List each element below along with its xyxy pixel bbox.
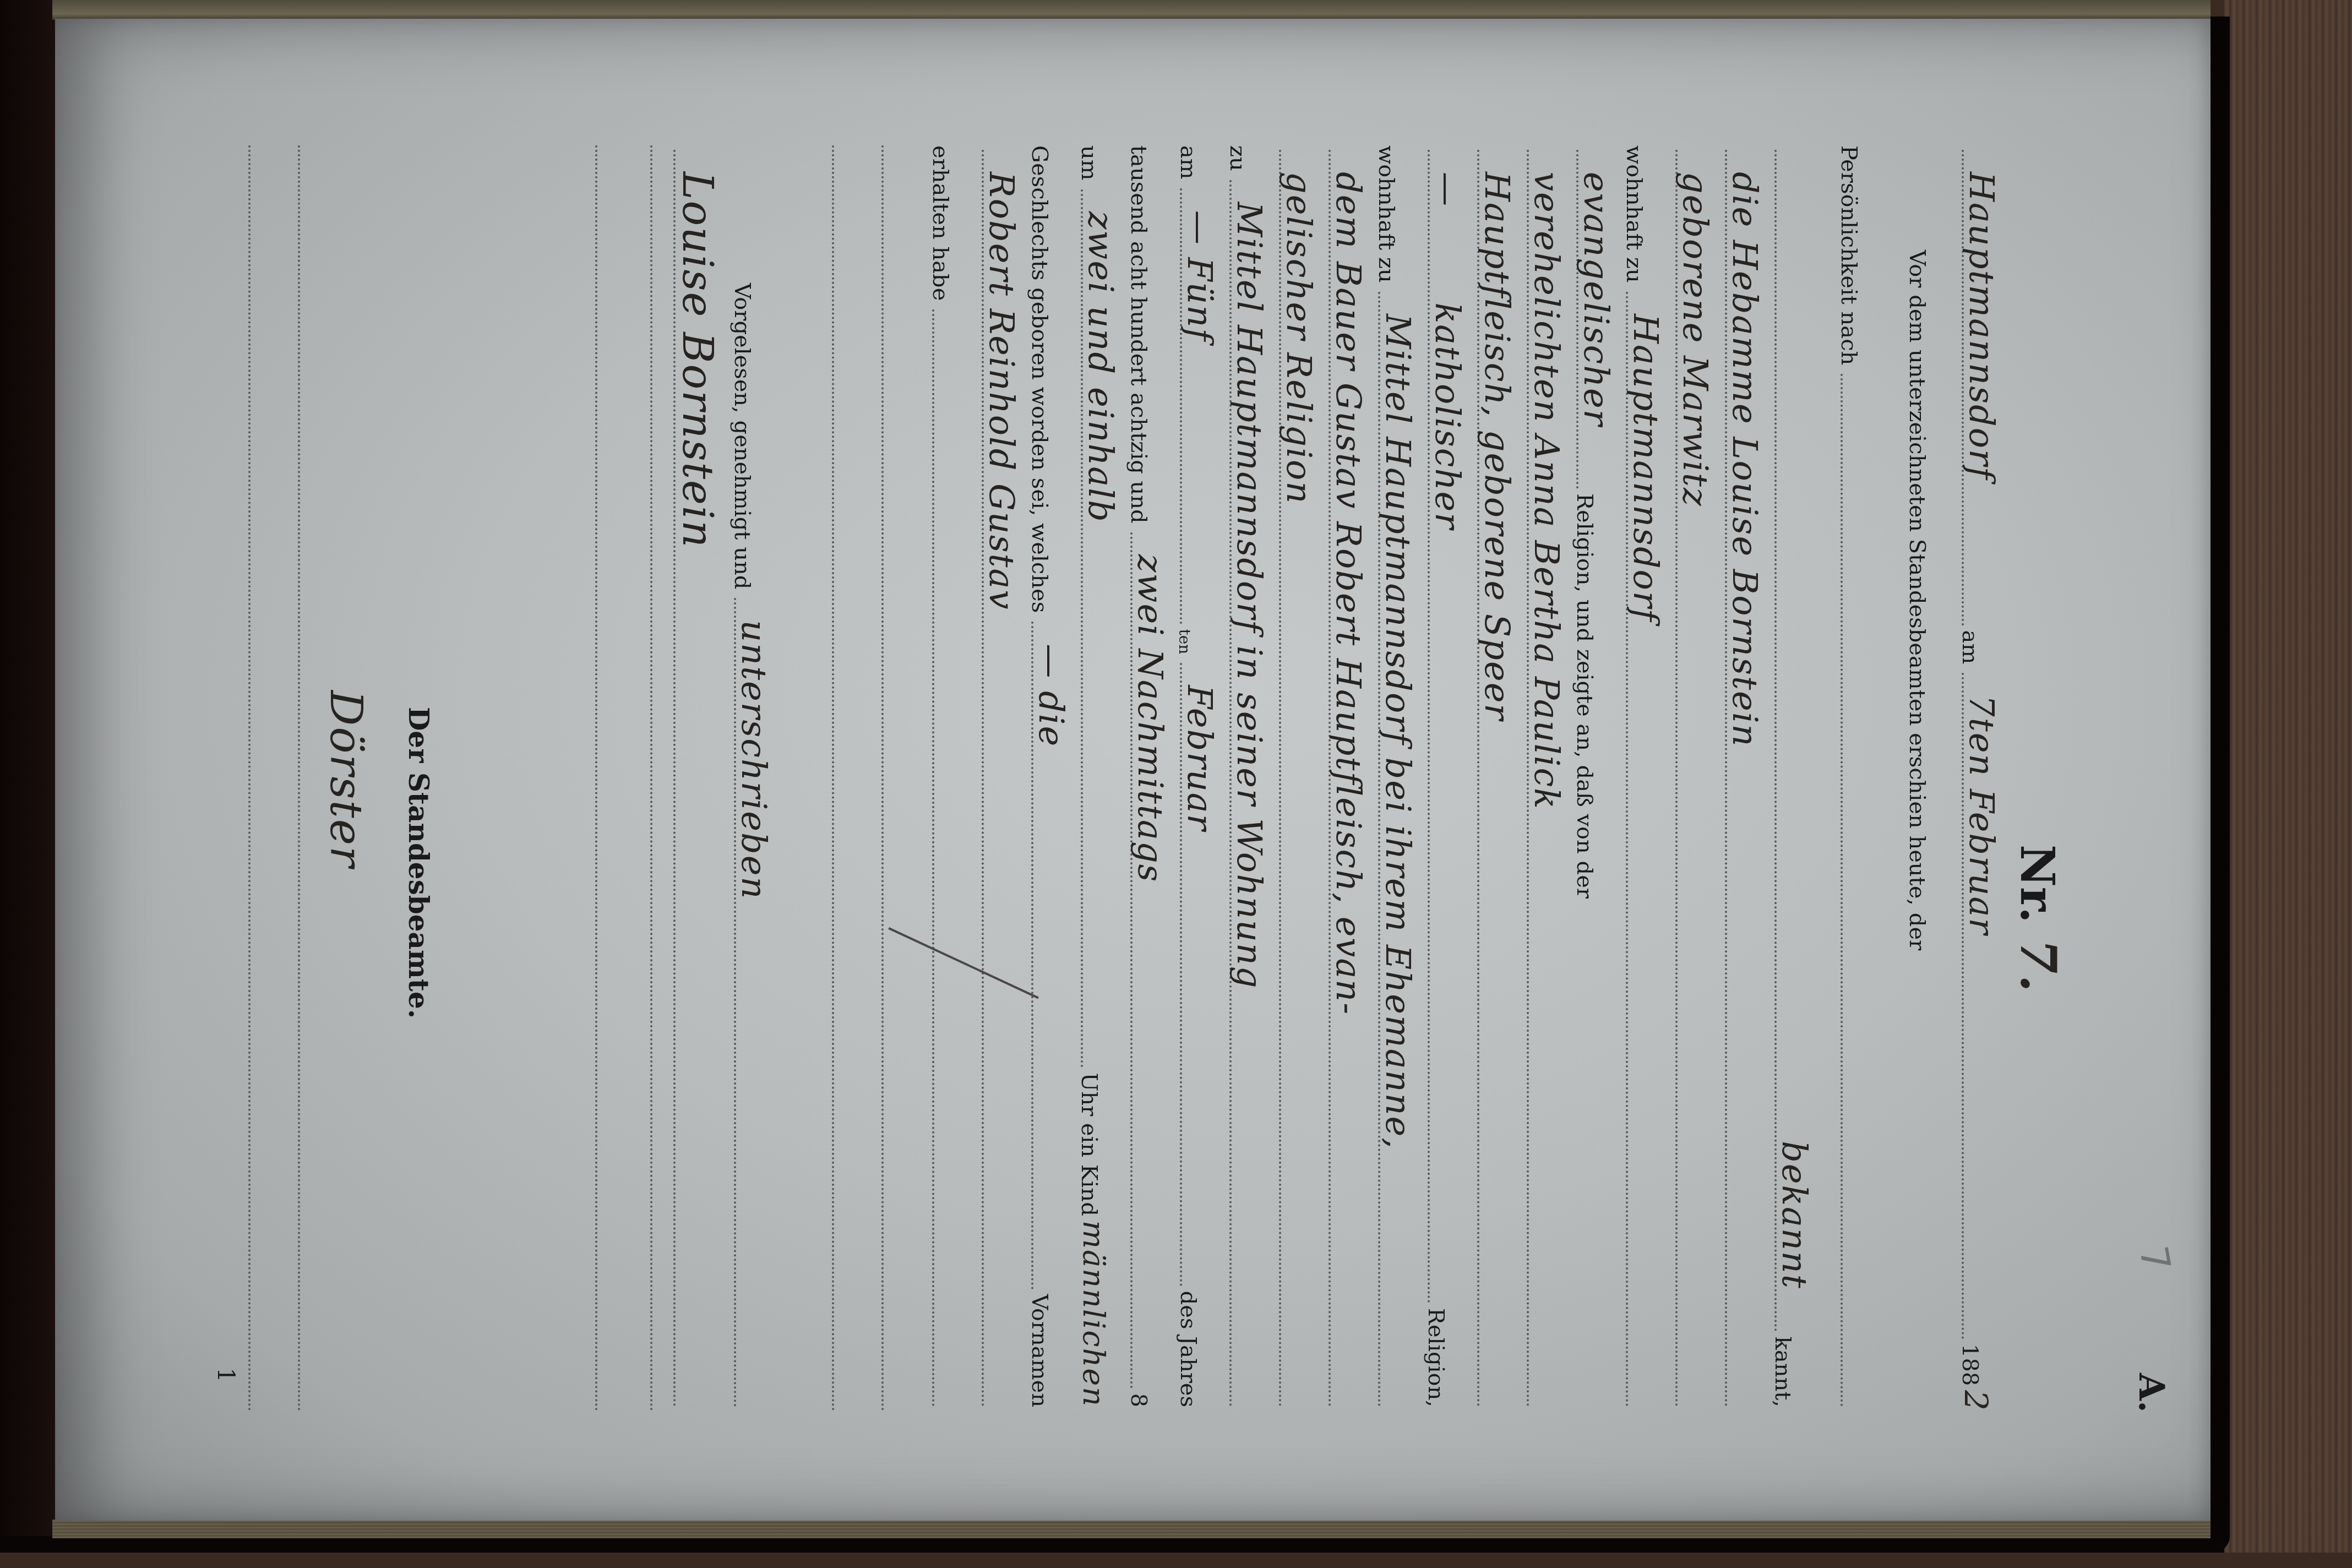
identity-field: [1841, 374, 1876, 1407]
year-suffix: 2: [1957, 1390, 1995, 1412]
mother-line-1: verehelichten Anna Bertha Paulick: [1522, 145, 1566, 1412]
received-label: erhalten habe: [928, 145, 953, 305]
birthdate-day-field: — Fünf: [1180, 188, 1215, 625]
read-approved-field: unterschrieben: [734, 598, 769, 1407]
rotated-page-content: A. 7 Nr. 7. Hauptmannsdorf am 7ten Febru…: [55, 19, 2211, 1521]
mother-field-1: verehelichten Anna Bertha Paulick: [1527, 150, 1562, 1407]
intro-text: Vor dem unterzeichneten Standesbeamten e…: [1904, 250, 1930, 950]
birthdate-month-field: Februar: [1180, 663, 1215, 1286]
blank-dotted-line-2: [832, 145, 834, 1412]
residence-1-label: wohnhaft zu: [1621, 145, 1647, 287]
birthdate-ten-label: ten: [1175, 629, 1194, 658]
birthplace-field: Mittel Hauptmannsdorf in seiner Wohnung: [1229, 180, 1265, 1407]
religion-1-line: evangelischer Religion, und zeigte an, d…: [1572, 145, 1616, 1412]
blank-dotted-line-5: [298, 145, 300, 1412]
mother-field-2: Hauptfleisch, geborene Speer: [1477, 150, 1512, 1407]
blank-dotted-line-3: [650, 145, 652, 1412]
informant-name-field: die Hebamme Louise Bornstein: [1725, 150, 1760, 1407]
mother-line-2: Hauptfleisch, geborene Speer: [1473, 145, 1517, 1412]
read-approved-line: Vorgelesen, genehmigt und unterschrieben: [729, 283, 774, 1412]
husband-line-1: dem Bauer Gustav Robert Hauptfleisch, ev…: [1324, 145, 1368, 1412]
blank-dotted-line-1: [881, 145, 884, 1412]
husband-line-2: gelischer Religion: [1275, 145, 1319, 1412]
identity-line: Persönlichkeit nach: [1836, 145, 1880, 1412]
record-number: Nr. 7.: [2009, 845, 2067, 993]
place-field: Hauptmannsdorf: [1962, 150, 1997, 626]
residence-2-label: wohnhaft zu: [1374, 145, 1399, 287]
birthplace-line: zu Mittel Hauptmannsdorf in seiner Wohnu…: [1225, 145, 1269, 1412]
blank-dotted-line-6: [248, 145, 251, 1412]
birthyear-line: tausend acht hundert achtzig und zwei Na…: [1126, 145, 1170, 1412]
am-label: am: [1957, 630, 1983, 669]
birthdate-line: am — Fünf ten Februar des Jahres: [1175, 145, 1219, 1412]
gender-line: Geschlechts geboren worden sei, welches …: [1027, 145, 1071, 1412]
blank-dotted-line-4: [595, 145, 597, 1412]
received-field: [932, 309, 967, 1407]
gender-field: — die: [1031, 622, 1066, 1289]
religion-1-field: evangelischer: [1576, 150, 1611, 489]
known-label: kannt,: [1770, 1337, 1795, 1412]
official-title: Der Standesbeamte.: [402, 707, 435, 1019]
page-stack-edge-top: [52, 0, 2211, 20]
vornamen-label: Vornamen: [1027, 1294, 1052, 1412]
identity-label: Persönlichkeit nach: [1836, 145, 1861, 369]
informant-maiden-field: geborene Marwitz: [1675, 150, 1711, 1407]
birthplace-label: zu: [1225, 145, 1250, 176]
known-field: bekannt: [1774, 150, 1810, 1332]
informant-signature-line: Louise Bornstein: [669, 145, 713, 1412]
religion-2-line: — katholischer Religion,: [1423, 145, 1467, 1412]
pencil-annotation: 7: [2131, 1243, 2179, 1275]
known-line: bekannt kannt,: [1770, 145, 1814, 1412]
page-stack-edge-bottom: [52, 1520, 2211, 1538]
given-names-field: Robert Reinhold Gustav: [982, 150, 1017, 1407]
birthtime-field: zwei und einhalb: [1081, 189, 1116, 1069]
religion-2-field: — katholischer: [1428, 150, 1463, 1304]
record-number-label: Nr.: [2010, 845, 2065, 923]
birthyear-field: zwei Nachmittags: [1130, 532, 1166, 1389]
date-field: 7ten Februar: [1962, 673, 1997, 1339]
record-number-value: 7.: [2009, 939, 2067, 993]
husband-field-1: dem Bauer Gustav Robert Hauptfleisch, ev…: [1329, 150, 1364, 1407]
given-names-line: Robert Reinhold Gustav: [977, 145, 1021, 1412]
form-letter: A.: [2131, 1373, 2172, 1413]
birthdate-year-label: des Jahres: [1175, 1291, 1201, 1412]
religion-2-label: Religion,: [1423, 1308, 1449, 1412]
read-approved-label: Vorgelesen, genehmigt und: [729, 283, 755, 594]
birth-record-form: A. 7 Nr. 7. Hauptmannsdorf am 7ten Febru…: [55, 19, 2211, 1521]
birthtime-suffix: Uhr ein Kind: [1076, 1072, 1102, 1220]
informant-maiden-line: geborene Marwitz: [1671, 145, 1715, 1412]
page-number: 1: [213, 1368, 239, 1382]
birthtime-label: um: [1076, 145, 1102, 185]
birthyear-label: tausend acht hundert achtzig und: [1126, 145, 1151, 528]
residence-1-field: Hauptmannsdorf: [1626, 292, 1661, 1407]
informant-name-line: die Hebamme Louise Bornstein: [1721, 145, 1765, 1412]
year-prefix: 188: [1957, 1344, 1983, 1390]
husband-field-2: gelischer Religion: [1279, 150, 1314, 1407]
official-signature: Dörster: [320, 690, 372, 868]
gender-label: Geschlechts geboren worden sei, welches: [1027, 145, 1052, 617]
sex-value: männlichen: [1076, 1221, 1111, 1412]
book-cover-left: [0, 0, 55, 1568]
book-cover-right: [2208, 17, 2230, 1553]
residence-2-line: wohnhaft zu Mittel Hauptmannsdorf bei ih…: [1374, 145, 1418, 1412]
received-line: erhalten habe: [928, 145, 972, 1412]
wooden-table-bottom: [0, 1553, 2352, 1568]
place-date-line: Hauptmannsdorf am 7ten Februar 188 2: [1957, 145, 2001, 1412]
residence-2-field: Mittel Hauptmannsdorf bei ihrem Ehemanne…: [1378, 292, 1413, 1407]
residence-1-line: wohnhaft zu Hauptmannsdorf: [1621, 145, 1665, 1412]
birthtime-line: um zwei und einhalb Uhr ein Kind männlic…: [1076, 145, 1120, 1412]
informant-signature-field: Louise Bornstein: [673, 150, 709, 1407]
birthdate-am-label: am: [1175, 145, 1201, 184]
wooden-table-surface: [2224, 0, 2352, 1568]
religion-1-label: Religion, und zeigte an, daß von der: [1572, 493, 1597, 903]
photo-scene: A. 7 Nr. 7. Hauptmannsdorf am 7ten Febru…: [0, 0, 2352, 1568]
birthyear-suffix: 8: [1126, 1393, 1151, 1412]
